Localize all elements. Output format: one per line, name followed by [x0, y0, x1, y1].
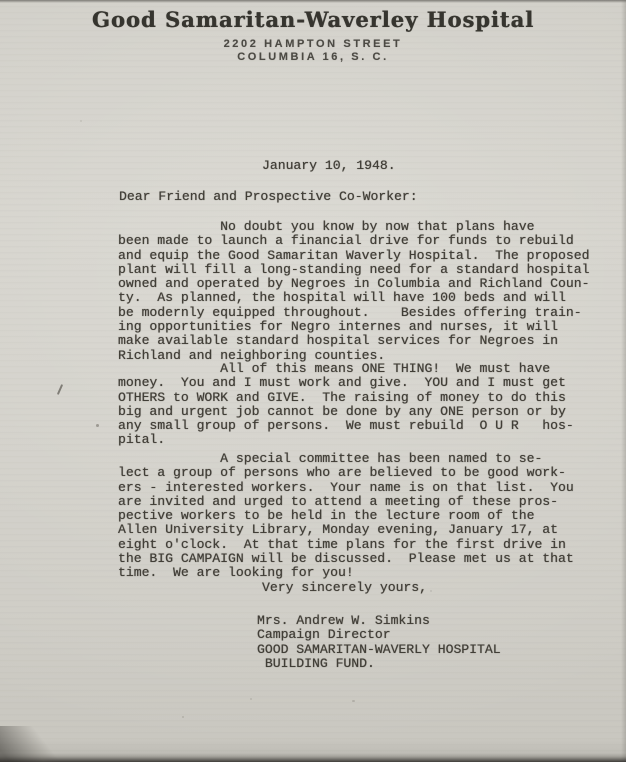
signature-block: Mrs. Andrew W. Simkins Campaign Director…	[257, 614, 501, 671]
photo-edge-bottom	[0, 753, 626, 762]
paper-speck	[540, 468, 544, 470]
salutation: Dear Friend and Prospective Co-Worker:	[119, 190, 418, 204]
hospital-name: Good Samaritan-Waverley Hospital	[0, 9, 626, 31]
complimentary-closing: Very sincerely yours,	[262, 581, 427, 595]
photo-corner-shadow	[0, 726, 70, 762]
paper-speck	[80, 120, 82, 122]
body-paragraph-3: A special committee has been named to se…	[118, 452, 574, 581]
body-paragraph-1: No doubt you know by now that plans have…	[118, 220, 589, 363]
paper-speck	[250, 698, 252, 700]
pen-tick-mark	[57, 384, 63, 395]
letterhead-street: 2202 HAMPTON STREET	[0, 38, 626, 50]
body-paragraph-2: All of this means ONE THING! We must hav…	[118, 362, 574, 448]
letter-date: January 10, 1948.	[262, 159, 396, 173]
paper-speck	[352, 700, 355, 702]
letter-page: Good Samaritan-Waverley Hospital 2202 HA…	[0, 0, 626, 762]
letterhead: Good Samaritan-Waverley Hospital 2202 HA…	[0, 9, 626, 63]
photo-edge-right	[621, 0, 626, 762]
letterhead-city: COLUMBIA 16, S. C.	[0, 51, 626, 63]
paper-speck	[503, 236, 505, 238]
paper-speck	[430, 590, 432, 592]
paper-speck	[182, 716, 184, 718]
paper-speck	[96, 424, 99, 427]
photo-edge-top	[0, 0, 626, 3]
